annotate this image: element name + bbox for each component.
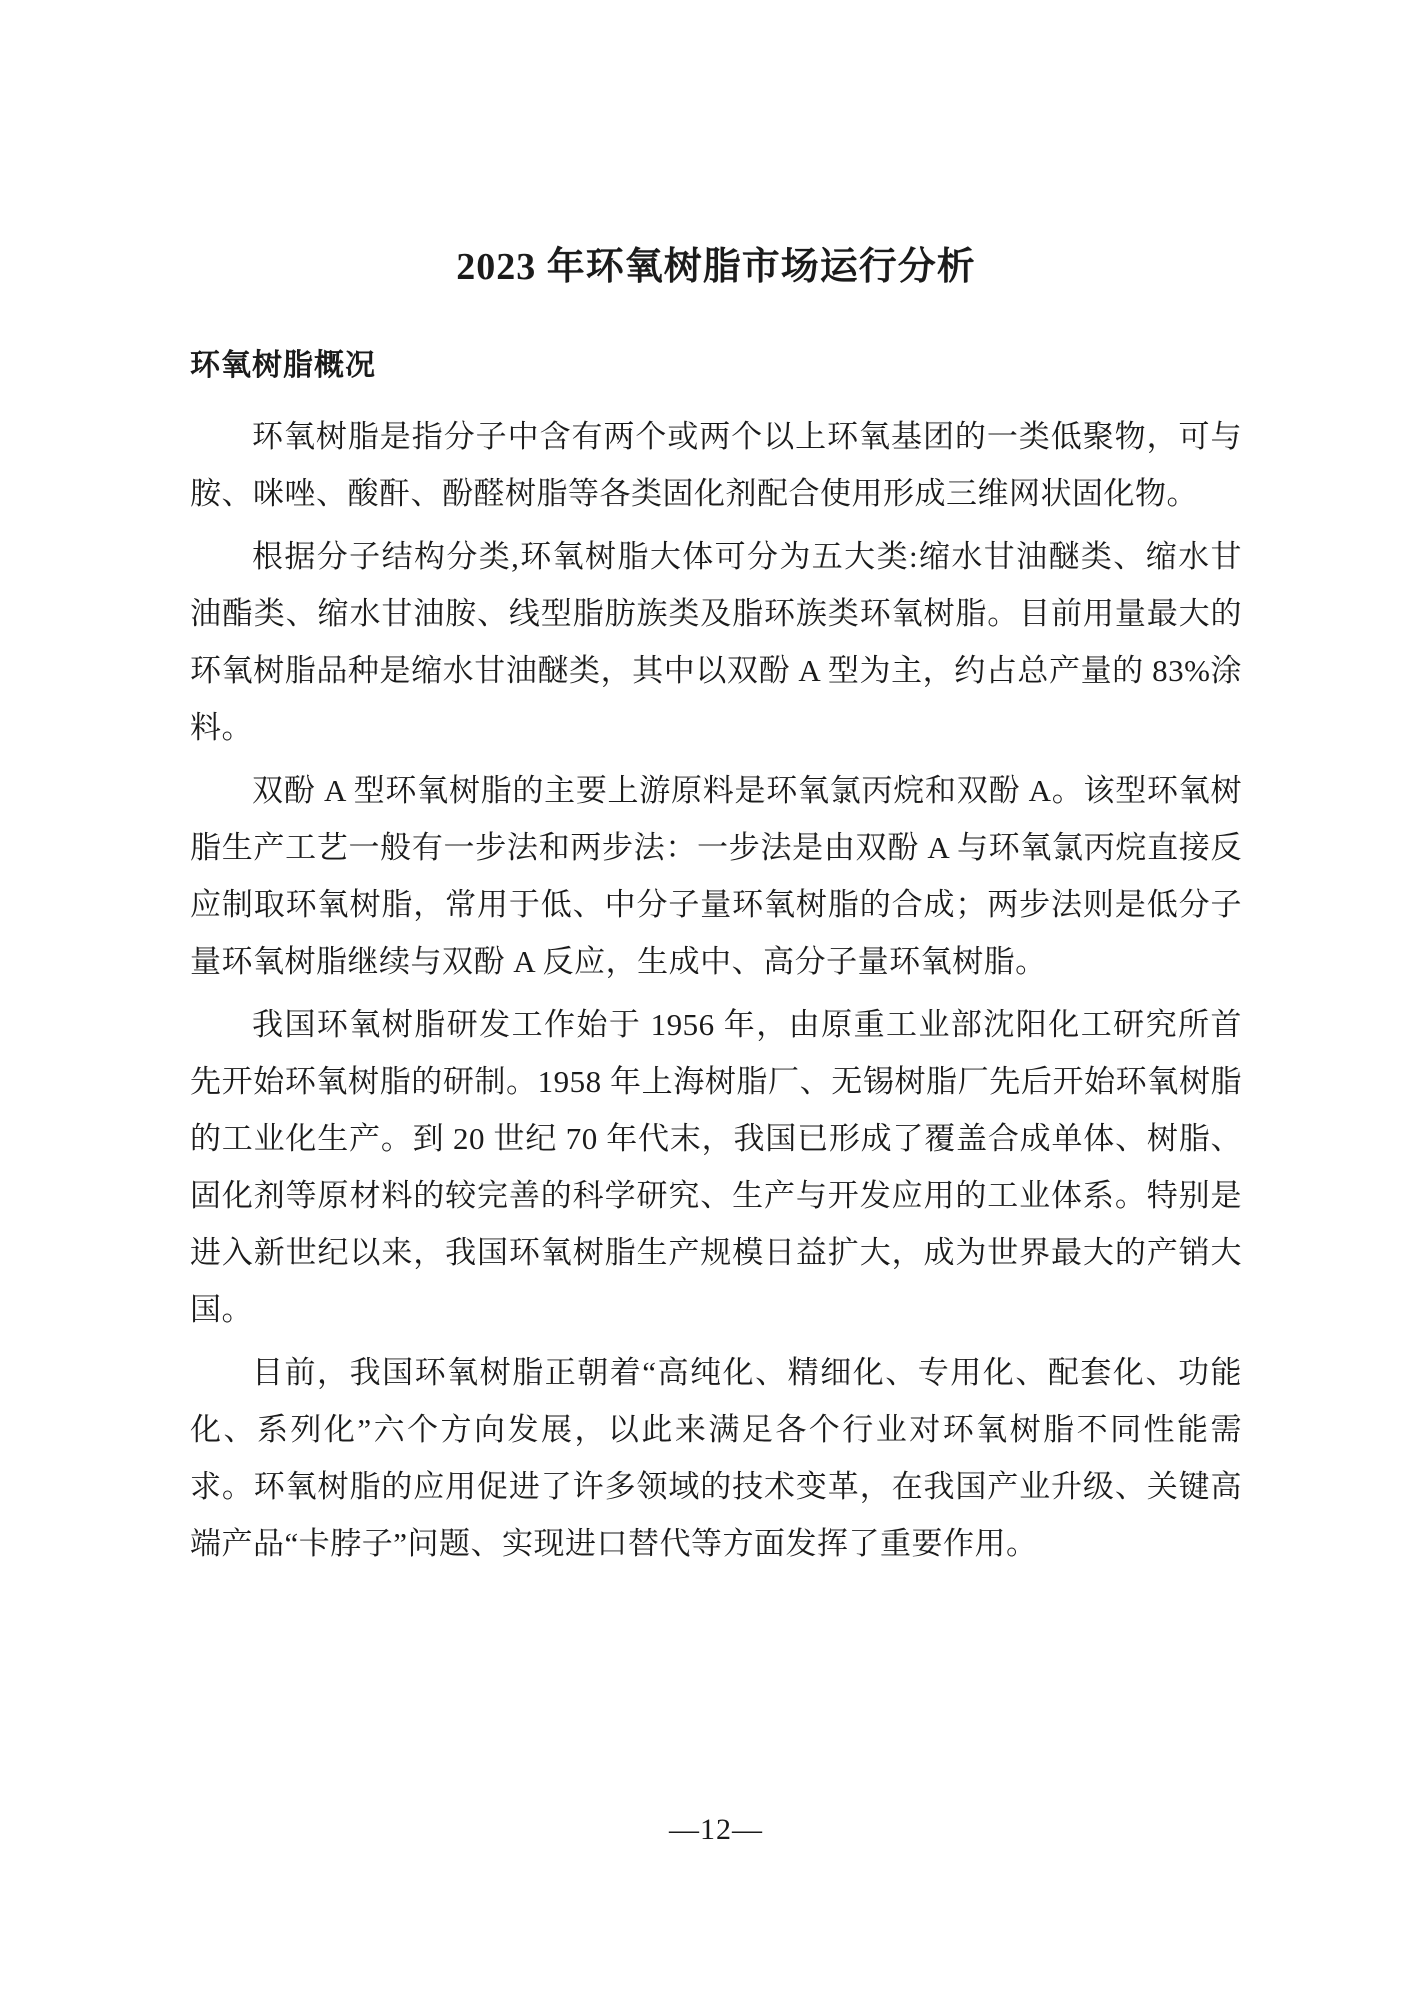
paragraph-production-process: 双酚 A 型环氧树脂的主要上游原料是环氧氯丙烷和双酚 A。该型环氧树脂生产工艺一… — [190, 762, 1242, 990]
document-page: 2023 年环氧树脂市场运行分析 环氧树脂概况 环氧树脂是指分子中含有两个或两个… — [0, 0, 1415, 2000]
section-heading: 环氧树脂概况 — [190, 346, 1242, 386]
paragraph-overview: 环氧树脂是指分子中含有两个或两个以上环氧基团的一类低聚物，可与胺、咪唑、酸酐、酚… — [190, 408, 1242, 522]
document-content: 2023 年环氧树脂市场运行分析 环氧树脂概况 环氧树脂是指分子中含有两个或两个… — [190, 0, 1242, 1578]
paragraph-history: 我国环氧树脂研发工作始于 1956 年，由原重工业部沈阳化工研究所首先开始环氧树… — [190, 996, 1242, 1338]
paragraph-block: 环氧树脂是指分子中含有两个或两个以上环氧基团的一类低聚物，可与胺、咪唑、酸酐、酚… — [190, 408, 1242, 1572]
paragraph-current-development: 目前，我国环氧树脂正朝着“高纯化、精细化、专用化、配套化、功能化、系列化”六个方… — [190, 1344, 1242, 1572]
page-number: —12— — [190, 1812, 1242, 1848]
paragraph-classification: 根据分子结构分类,环氧树脂大体可分为五大类:缩水甘油醚类、缩水甘油酯类、缩水甘油… — [190, 528, 1242, 756]
document-title: 2023 年环氧树脂市场运行分析 — [190, 0, 1242, 291]
